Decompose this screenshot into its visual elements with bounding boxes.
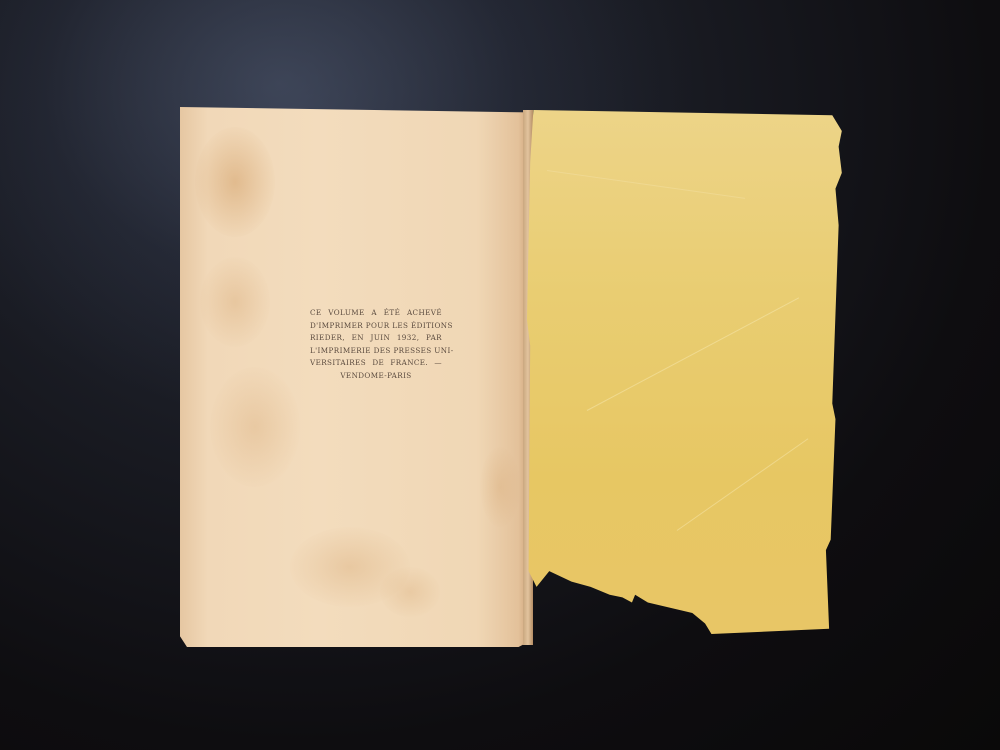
foxing-stain — [380, 567, 440, 617]
paper-crease — [677, 438, 809, 531]
colophon-imprint: VENDOME-PARIS — [310, 370, 442, 383]
foxing-stain — [480, 447, 520, 527]
colophon-text: CE VOLUME A ÉTÉ ACHEVÉ D'IMPRIMER POUR L… — [310, 307, 442, 382]
paper-crease — [547, 170, 745, 199]
left-page-endpaper: CE VOLUME A ÉTÉ ACHEVÉ D'IMPRIMER POUR L… — [180, 107, 529, 647]
photo-scene: CE VOLUME A ÉTÉ ACHEVÉ D'IMPRIMER POUR L… — [0, 0, 1000, 750]
paper-crease — [587, 297, 799, 411]
colophon-line: L'IMPRIMERIE DES PRESSES UNI- — [310, 345, 442, 358]
colophon-line: CE VOLUME A ÉTÉ ACHEVÉ — [310, 307, 442, 320]
foxing-stain — [200, 257, 270, 347]
right-torn-cover — [527, 110, 845, 634]
foxing-stain — [210, 367, 300, 487]
colophon-line: VERSITAIRES DE FRANCE. — — [310, 357, 442, 370]
foxing-stain — [195, 127, 275, 237]
colophon-line: RIEDER, EN JUIN 1932, PAR — [310, 332, 442, 345]
colophon-line: D'IMPRIMER POUR LES ÉDITIONS — [310, 320, 442, 333]
